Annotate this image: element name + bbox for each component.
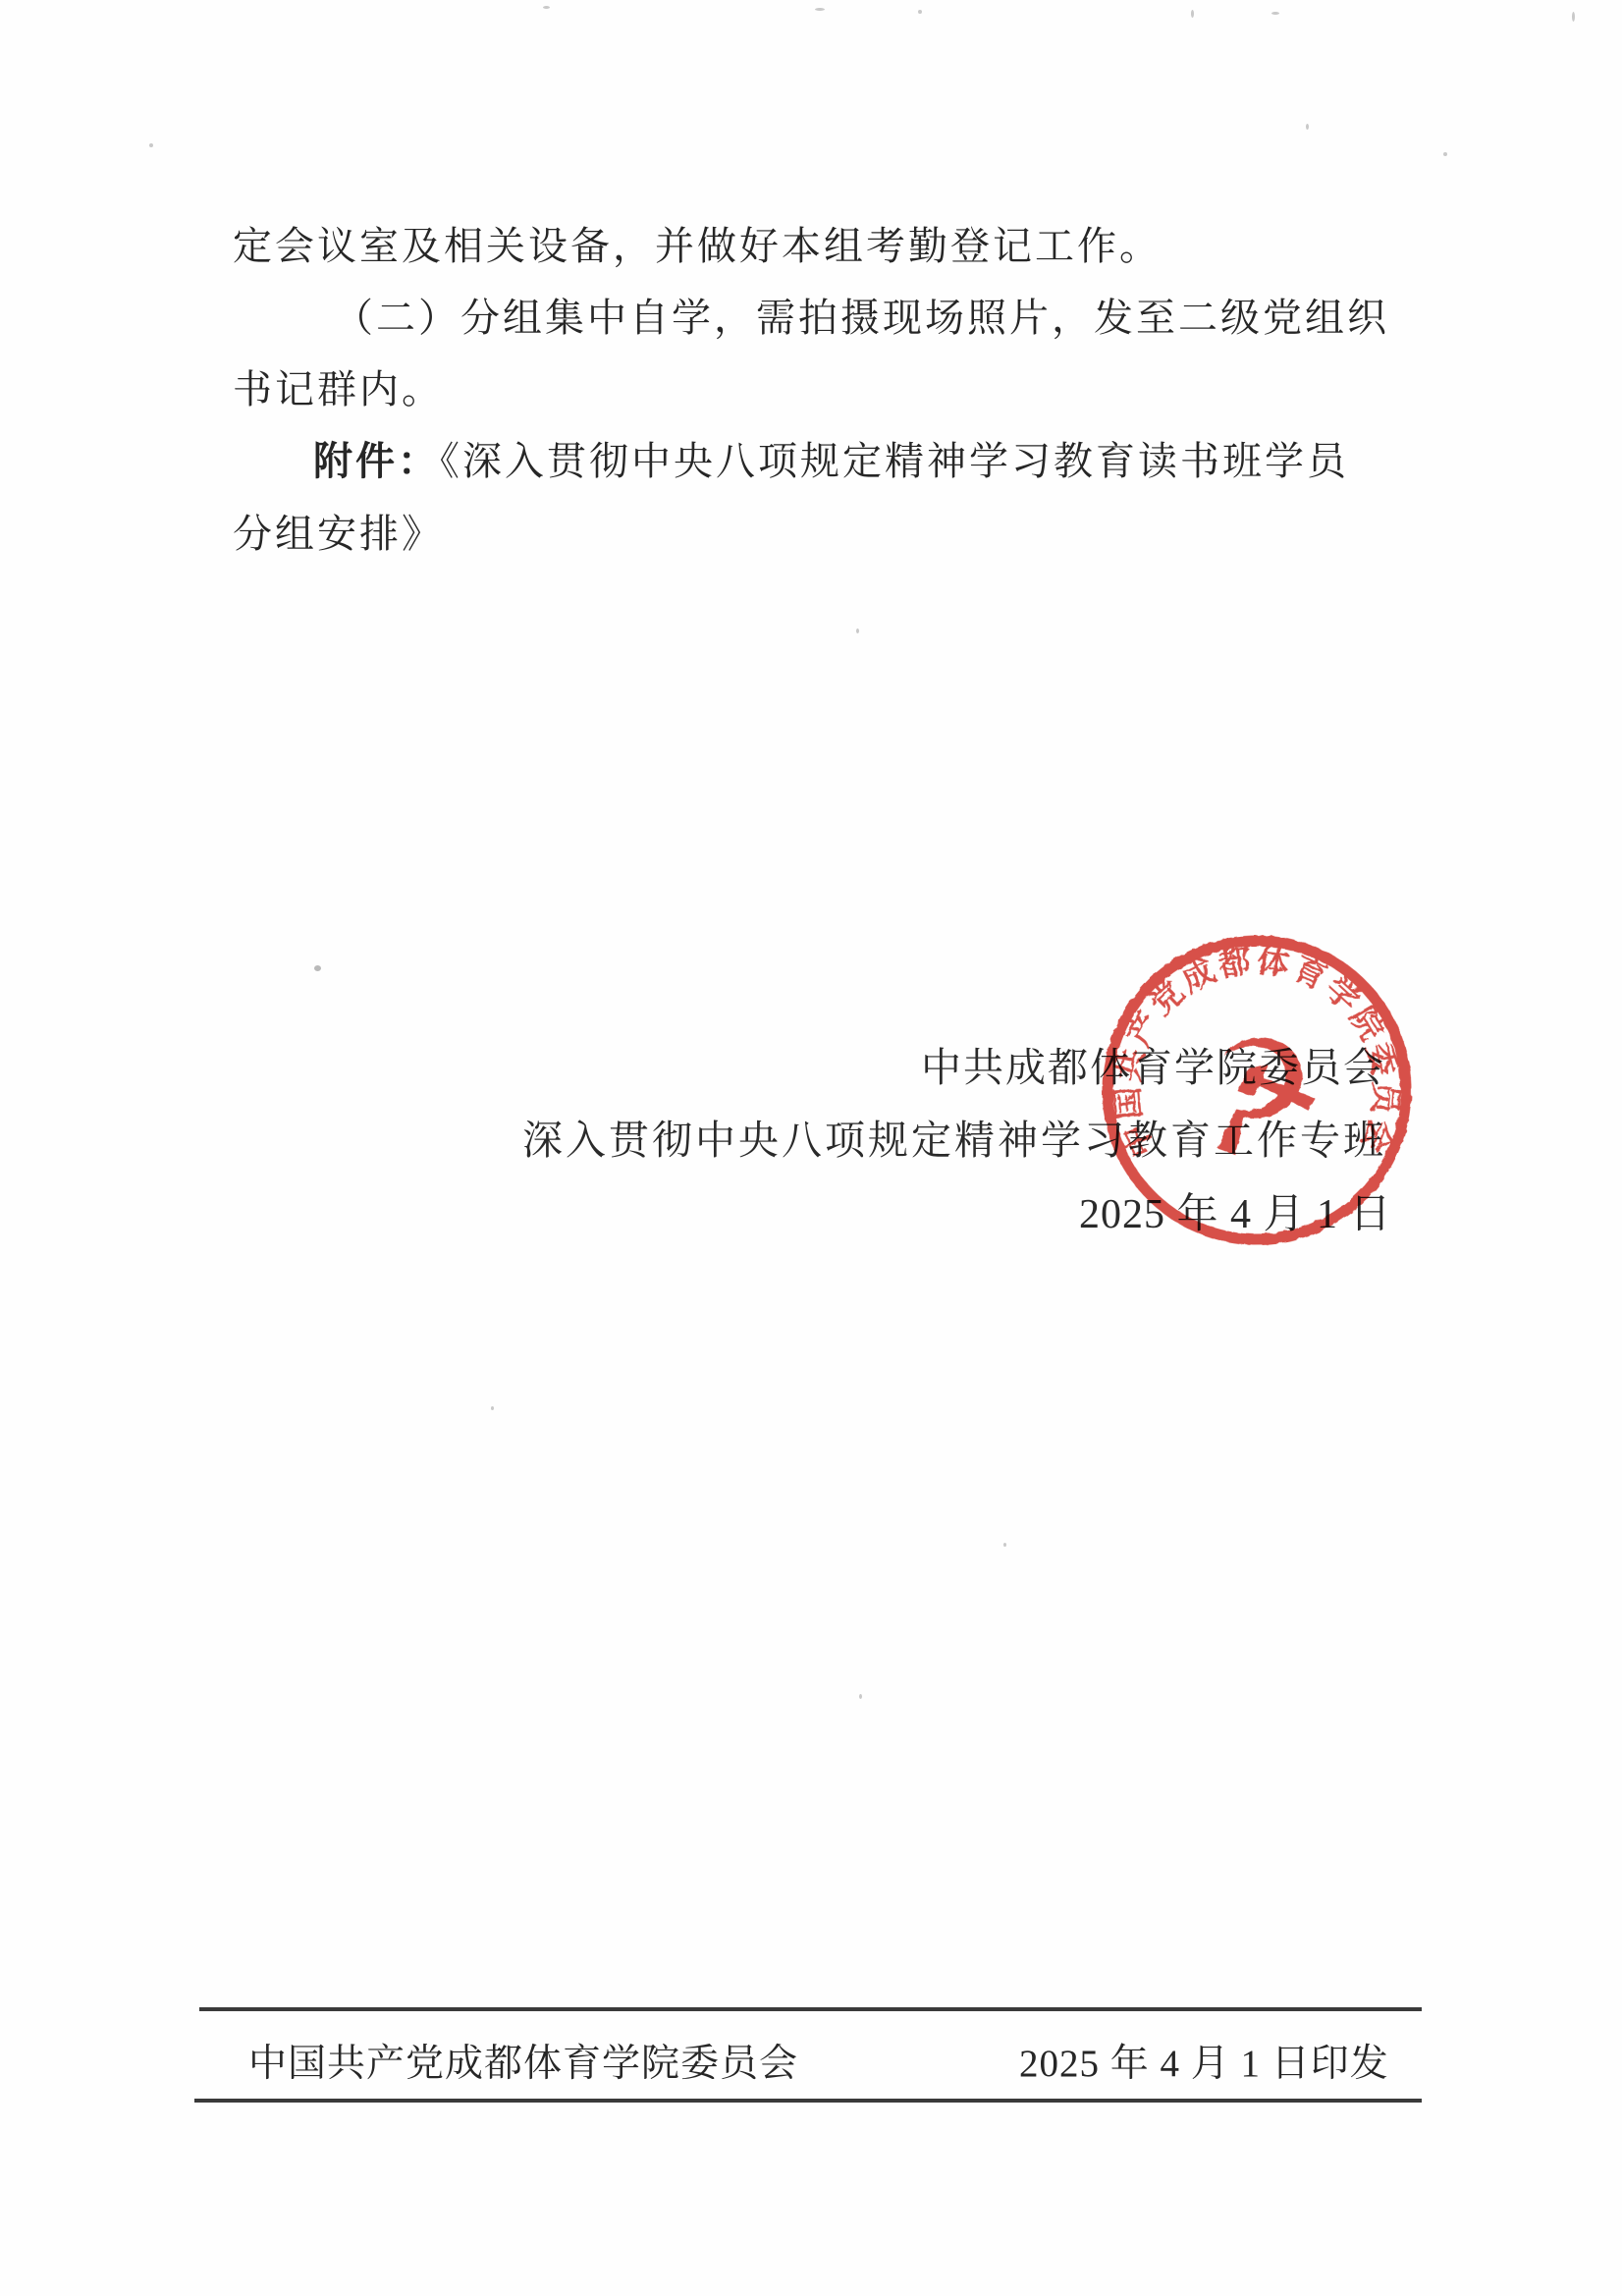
footer-issuer: 中国共产党成都体育学院委员会 — [248, 2033, 798, 2088]
body-line: （二）分组集中自学，需拍摄现场照片，发至二级党组织 — [233, 282, 1411, 354]
attachment-line: 附件：《深入贯彻中央八项规定精神学习教育读书班学员 — [233, 425, 1411, 498]
scan-speck — [1572, 12, 1575, 22]
attachment-title: 《深入贯彻中央八项规定精神学习教育读书班学员 — [440, 439, 1349, 483]
body-paragraph: 定会议室及相关设备，并做好本组考勤登记工作。 （二）分组集中自学，需拍摄现场照片… — [233, 210, 1411, 570]
scan-speck — [859, 1694, 862, 1699]
scan-speck — [1003, 1543, 1006, 1547]
scan-speck — [491, 1406, 494, 1410]
scan-speck — [815, 8, 825, 11]
footer-rule-bottom — [194, 2099, 1422, 2103]
attachment-line-continued: 分组安排》 — [233, 498, 1411, 570]
body-line: 定会议室及相关设备，并做好本组考勤登记工作。 — [233, 210, 1411, 282]
hammer-and-sickle-icon: ☭ — [1171, 996, 1345, 1196]
body-line: 书记群内。 — [233, 354, 1411, 425]
scan-speck — [918, 10, 922, 14]
scan-speck — [543, 6, 550, 9]
scan-speck — [856, 629, 859, 633]
footer-rule-top — [199, 2007, 1422, 2011]
scan-speck — [314, 965, 321, 971]
attachment-label: 附件： — [313, 440, 440, 483]
document-page: 定会议室及相关设备，并做好本组考勤登记工作。 （二）分组集中自学，需拍摄现场照片… — [0, 0, 1622, 2296]
official-seal: 中国共产党成都体育学院委员会 ☭ — [1089, 922, 1424, 1257]
scan-speck — [1443, 152, 1447, 156]
scan-speck — [1306, 124, 1309, 130]
scan-speck — [1271, 12, 1279, 15]
scan-speck — [1191, 10, 1194, 18]
scan-speck — [149, 143, 153, 147]
footer-print-date: 2025 年 4 月 1 日印发 — [1019, 2033, 1389, 2088]
